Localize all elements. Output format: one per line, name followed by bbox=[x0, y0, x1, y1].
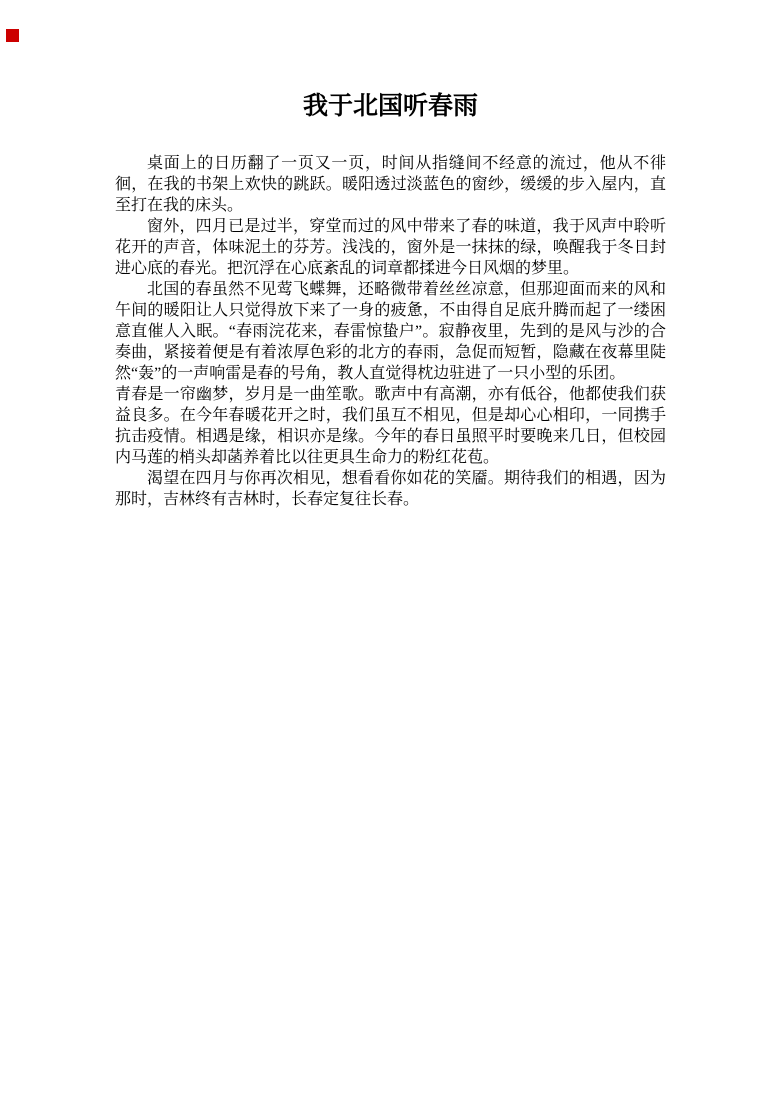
document-content: 我于北国听春雨 桌面上的日历翻了一页又一页，时间从指缝间不经意的流过，他从不徘徊… bbox=[115, 90, 666, 510]
red-square-marker bbox=[6, 29, 19, 42]
essay-paragraph: 窗外，四月已是过半，穿堂而过的风中带来了春的味道，我于风声中聆听花开的声音，体味… bbox=[115, 216, 666, 279]
essay-paragraph: 桌面上的日历翻了一页又一页，时间从指缝间不经意的流过，他从不徘徊，在我的书架上欢… bbox=[115, 153, 666, 216]
essay-body: 桌面上的日历翻了一页又一页，时间从指缝间不经意的流过，他从不徘徊，在我的书架上欢… bbox=[115, 153, 666, 510]
page-title: 我于北国听春雨 bbox=[115, 90, 666, 124]
essay-paragraph: 北国的春虽然不见莺飞蝶舞，还略微带着丝丝凉意，但那迎面而来的风和午间的暖阳让人只… bbox=[115, 279, 666, 384]
document-page: 我于北国听春雨 桌面上的日历翻了一页又一页，时间从指缝间不经意的流过，他从不徘徊… bbox=[0, 0, 781, 1093]
essay-paragraph: 青春是一帘幽梦，岁月是一曲笙歌。歌声中有高潮，亦有低谷，他都使我们获益良多。在今… bbox=[115, 384, 666, 468]
essay-paragraph: 渴望在四月与你再次相见，想看看你如花的笑靥。期待我们的相遇，因为那时，吉林终有吉… bbox=[115, 468, 666, 510]
